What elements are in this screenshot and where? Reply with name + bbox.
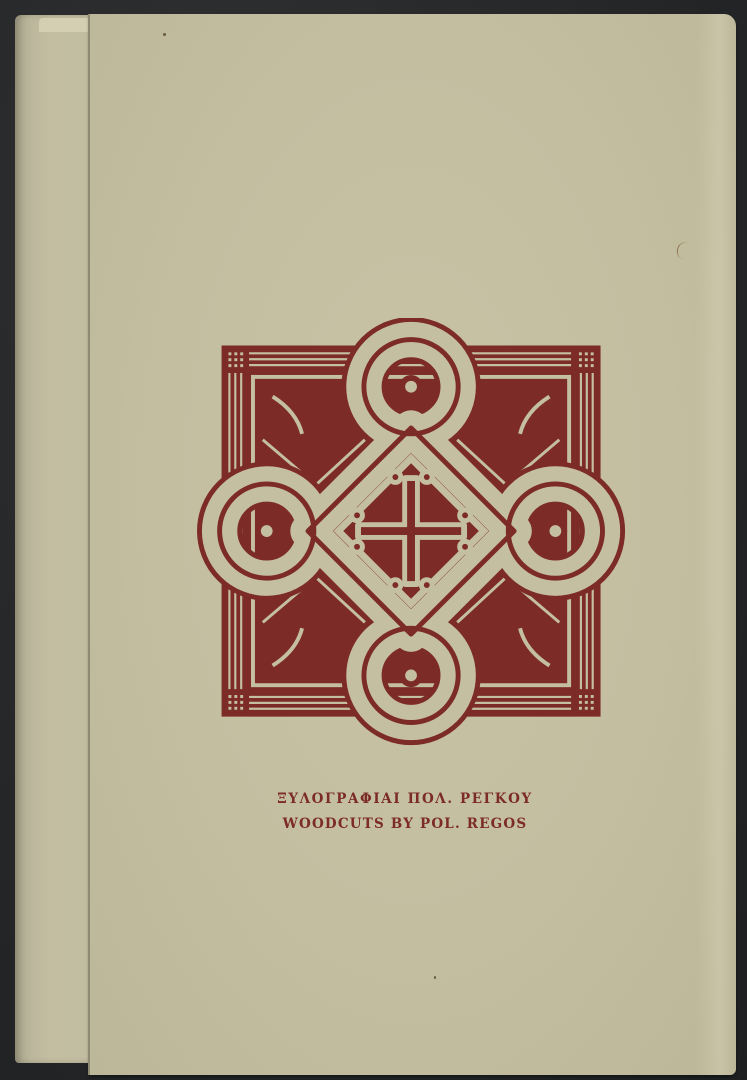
- title-greek: ΞΥΛΟΓΡΑΦΙΑΙ ΠΟΛ. ΡΕΓΚΟΥ: [255, 787, 555, 812]
- paper-speck: [434, 976, 436, 979]
- flap-fold: [39, 18, 91, 32]
- cover-title: ΞΥΛΟΓΡΑΦΙΑΙ ΠΟΛ. ΡΕΓΚΟΥ WOODCUTS BY POL.…: [255, 787, 555, 837]
- title-english: WOODCUTS BY POL. REGOS: [255, 812, 555, 837]
- paper-speck: [163, 33, 166, 36]
- interlaced-knot-with-cross-icon: [196, 318, 632, 750]
- woodcut-emblem: [196, 318, 632, 750]
- cover-hinge: [89, 14, 90, 1075]
